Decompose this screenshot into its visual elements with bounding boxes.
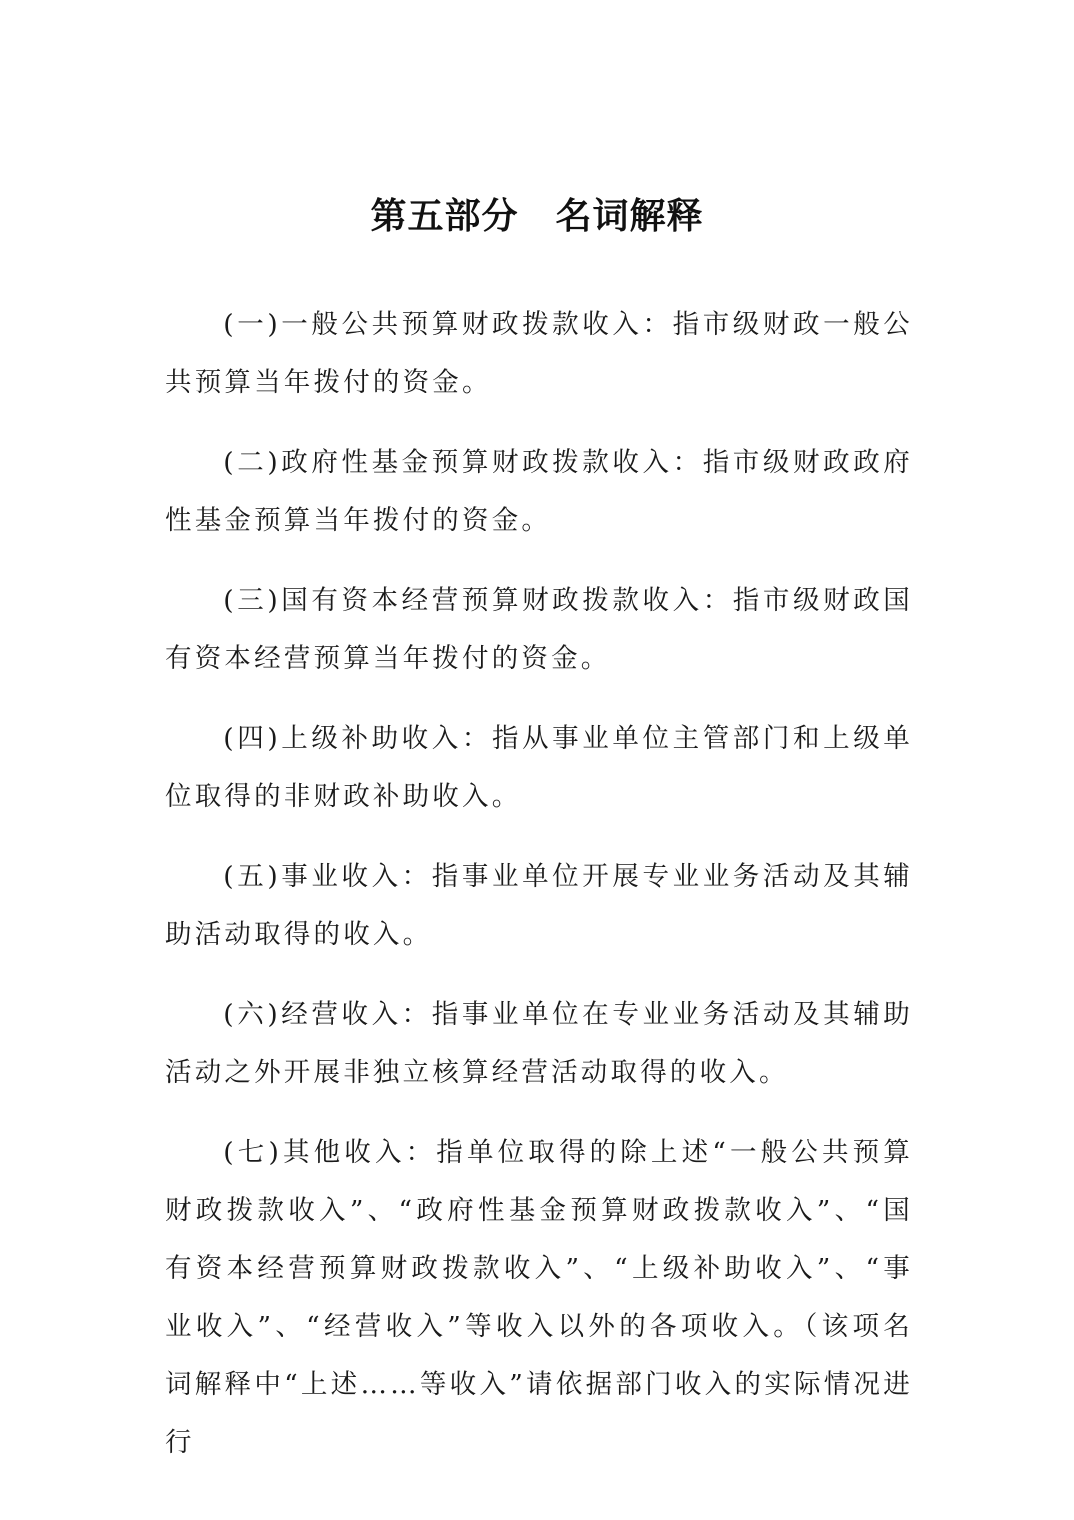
document-body: (一)一般公共预算财政拨款收入：指市级财政一般公共预算当年拨付的资金。 (二)政… [165, 296, 913, 1494]
paragraph-1: (一)一般公共预算财政拨款收入：指市级财政一般公共预算当年拨付的资金。 [165, 296, 913, 412]
paragraph-4: (四)上级补助收入：指从事业单位主管部门和上级单位取得的非财政补助收入。 [165, 710, 913, 826]
paragraph-2: (二)政府性基金预算财政拨款收入：指市级财政政府性基金预算当年拨付的资金。 [165, 434, 913, 550]
paragraph-7: (七)其他收入：指单位取得的除上述“一般公共预算财政拨款收入”、“政府性基金预算… [165, 1124, 913, 1472]
document-page: 第五部分 名词解释 (一)一般公共预算财政拨款收入：指市级财政一般公共预算当年拨… [0, 0, 1074, 1520]
paragraph-3: (三)国有资本经营预算财政拨款收入：指市级财政国有资本经营预算当年拨付的资金。 [165, 572, 913, 688]
page-title: 第五部分 名词解释 [0, 188, 1074, 239]
paragraph-5: (五)事业收入：指事业单位开展专业业务活动及其辅助活动取得的收入。 [165, 848, 913, 964]
paragraph-6: (六)经营收入：指事业单位在专业业务活动及其辅助活动之外开展非独立核算经营活动取… [165, 986, 913, 1102]
